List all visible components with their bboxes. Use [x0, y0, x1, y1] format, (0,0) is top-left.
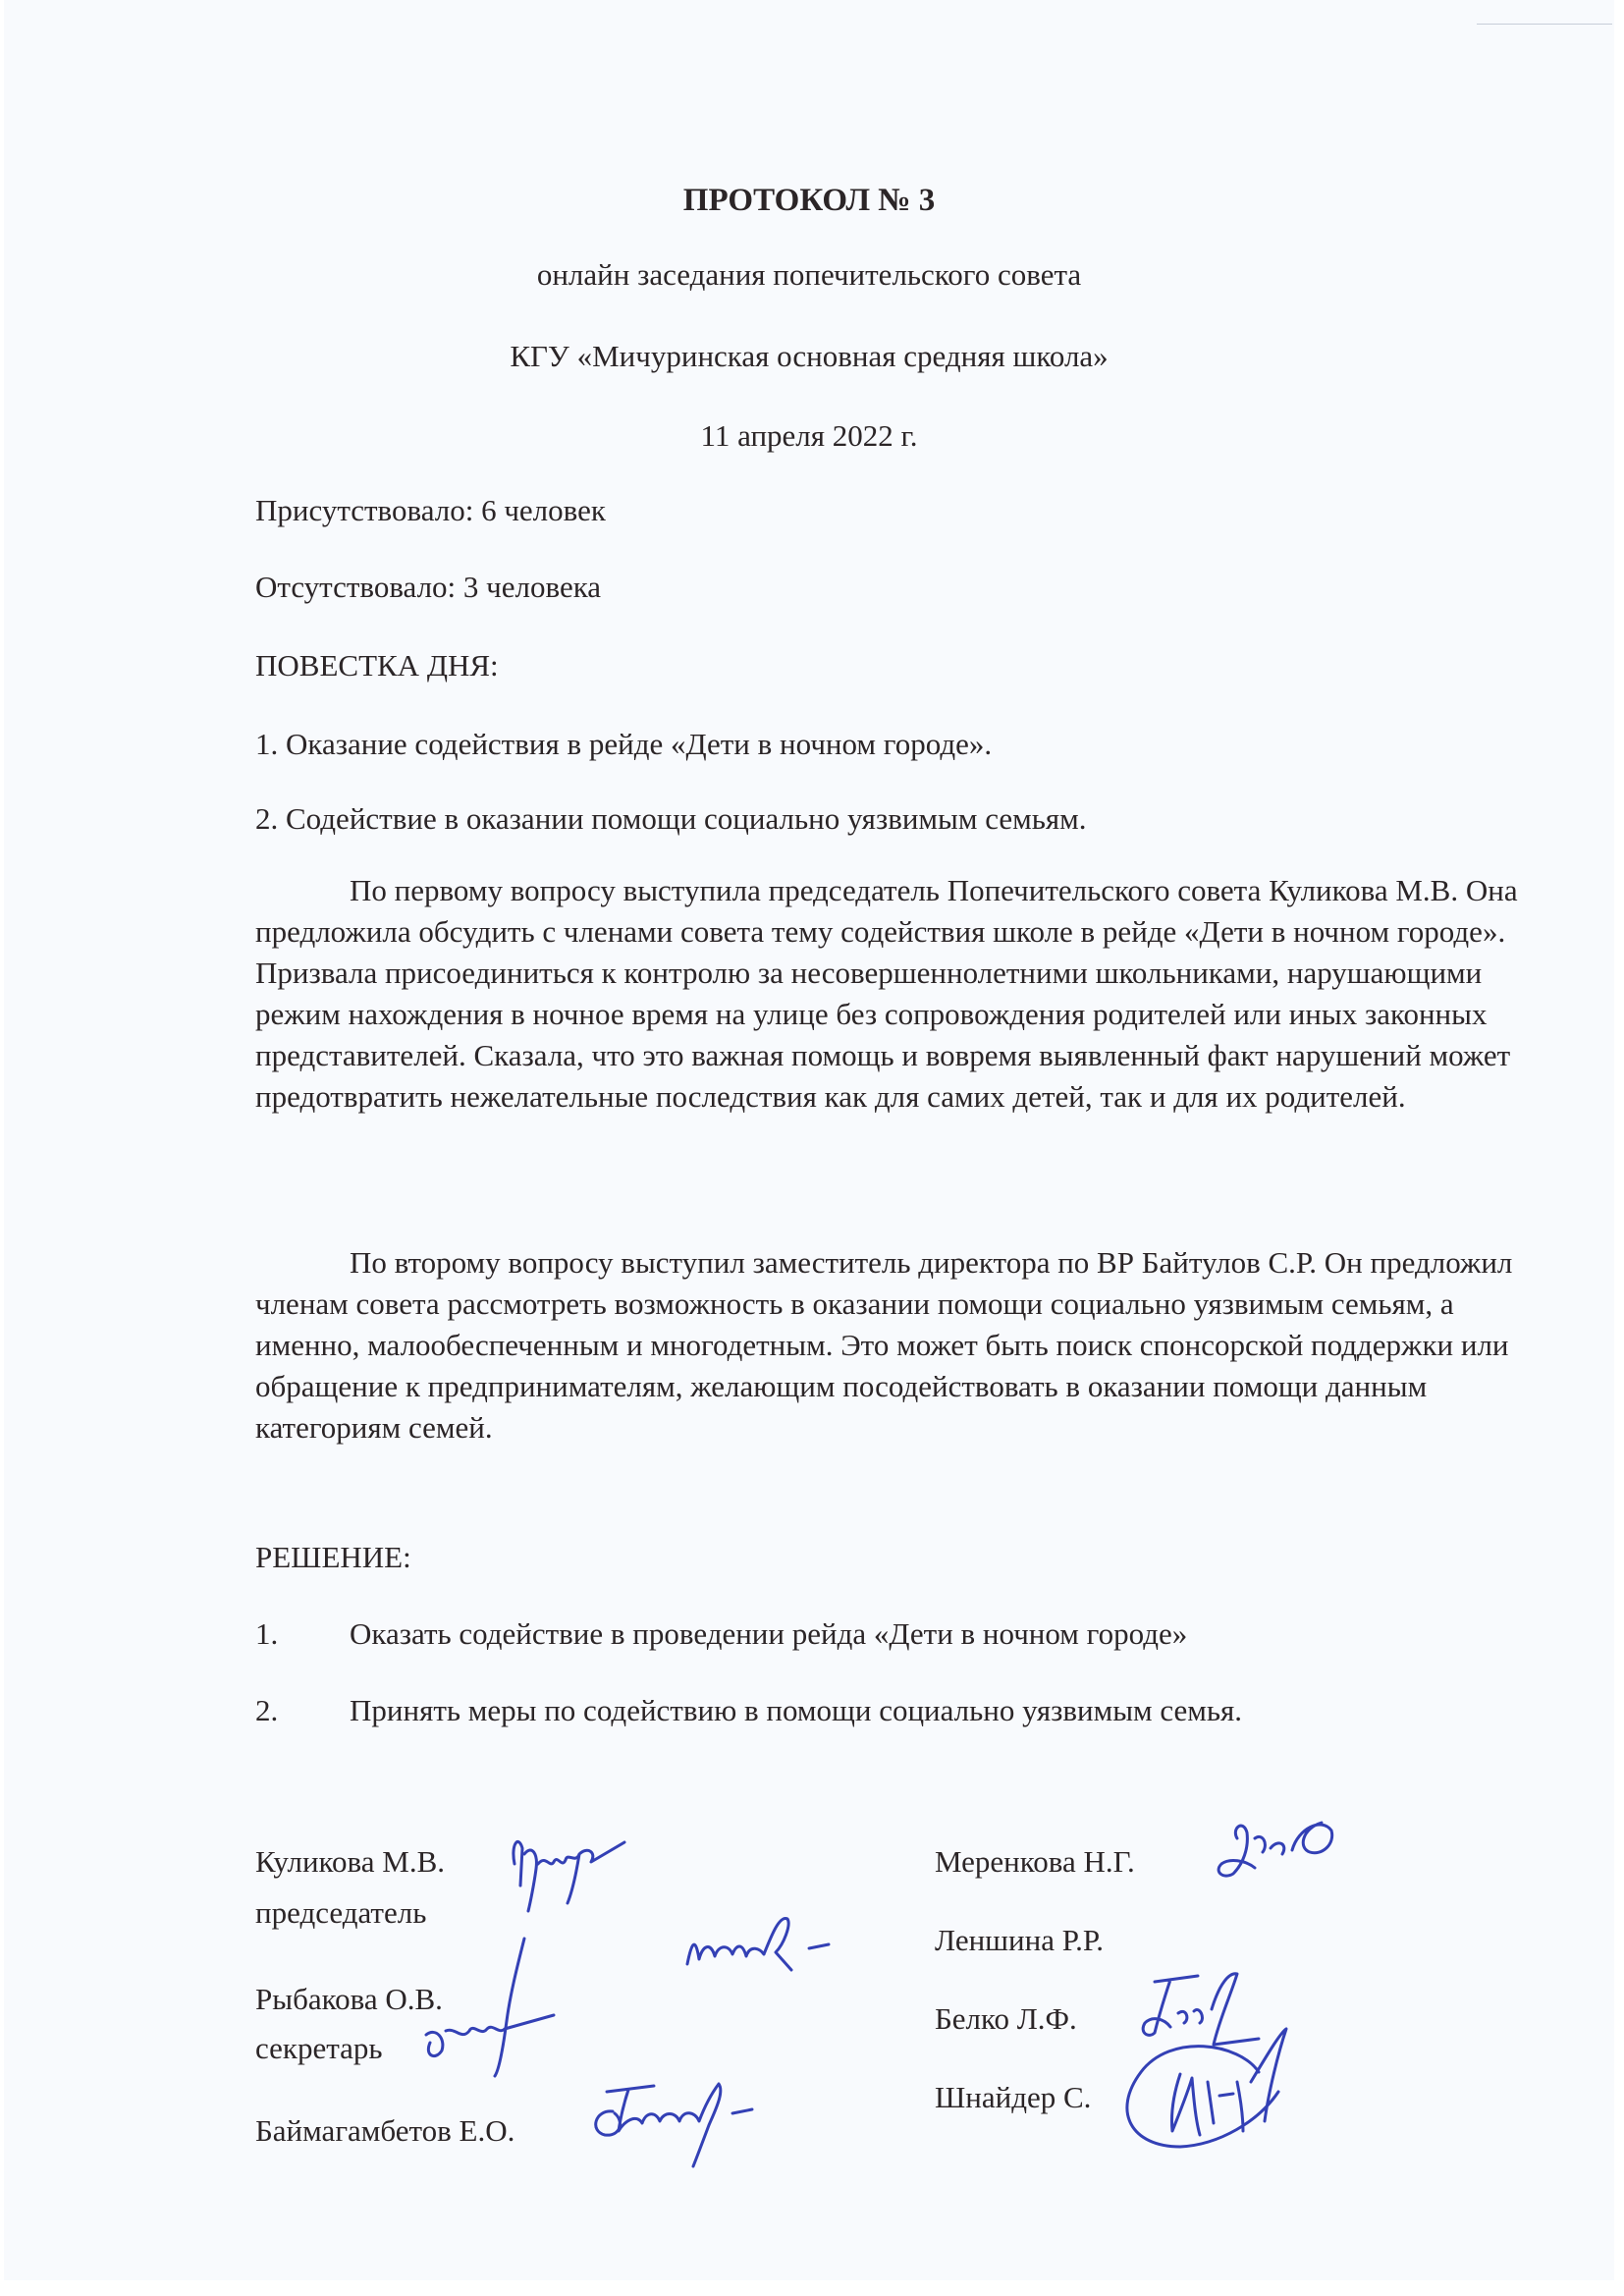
document-subtitle-organization: КГУ «Мичуринская основная средняя школа» [4, 339, 1614, 374]
discussion-paragraph-1: По первому вопросу выступила председател… [255, 870, 1532, 1118]
document-subtitle-meeting: онлайн заседания попечительского совета [4, 257, 1614, 293]
decision-item-text: Оказать содействие в проведении рейда «Д… [350, 1616, 1187, 1651]
decision-item-text: Принять меры по содействию в помощи соци… [350, 1693, 1242, 1727]
decision-heading: РЕШЕНИЕ: [255, 1540, 411, 1575]
handwritten-signature-merenkova [1204, 1809, 1351, 1887]
decision-item-number: 2. [255, 1693, 350, 1728]
agenda-heading: ПОВЕСТКА ДНЯ: [255, 648, 499, 683]
handwritten-signature-lenshina [681, 1905, 868, 1994]
handwritten-signature-shnaider [1111, 2013, 1308, 2151]
scan-edge-line [1477, 24, 1612, 25]
signatory-name: Рыбакова О.В. [255, 1982, 443, 2017]
agenda-item-1: 1. Оказание содействия в рейде «Дети в н… [255, 727, 992, 762]
document-title: ПРОТОКОЛ № 3 [4, 183, 1614, 219]
decision-item-1: 1.Оказать содействие в проведении рейда … [255, 1616, 1187, 1652]
attendance-present: Присутствовало: 6 человек [255, 493, 606, 528]
discussion-paragraph-2: По второму вопросу выступил заместитель … [255, 1242, 1532, 1449]
handwritten-signature-rybakova [416, 1933, 564, 2080]
document-date: 11 апреля 2022 г. [4, 418, 1614, 454]
decision-item-number: 1. [255, 1616, 350, 1652]
signatory-name: Белко Л.Ф. [935, 2001, 1077, 2037]
signatory-name: Шнайдер С. [935, 2080, 1091, 2115]
handwritten-signature-baimagambetov [585, 2062, 791, 2170]
signatory-name: Куликова М.В. [255, 1844, 445, 1880]
decision-item-2: 2.Принять меры по содействию в помощи со… [255, 1693, 1242, 1728]
signatory-name: Леншина Р.Р. [935, 1923, 1104, 1958]
signatory-name: Баймагамбетов Е.О. [255, 2113, 514, 2149]
signatory-name: Меренкова Н.Г. [935, 1844, 1135, 1880]
attendance-absent: Отсутствовало: 3 человека [255, 570, 601, 605]
agenda-item-2: 2. Содействие в оказании помощи социальн… [255, 801, 1087, 837]
signatory-role: председатель [255, 1895, 426, 1931]
handwritten-signature-kulikova [507, 1825, 683, 1913]
scanned-page: ПРОТОКОЛ № 3 онлайн заседания попечитель… [4, 0, 1614, 2280]
signatory-role: секретарь [255, 2031, 383, 2066]
